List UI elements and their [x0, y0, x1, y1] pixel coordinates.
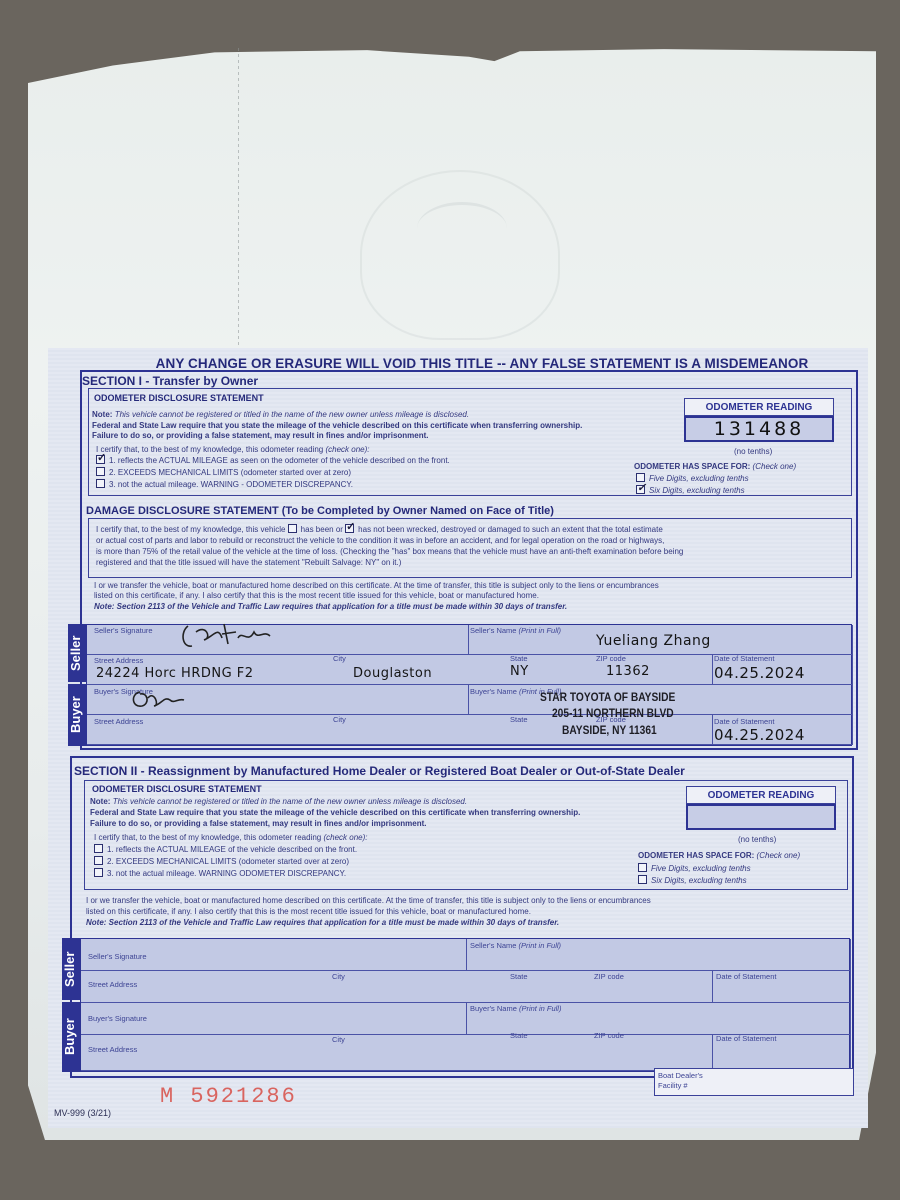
- s1-six-digits-option[interactable]: Six Digits, excluding tenths: [636, 485, 745, 495]
- s2-space-for-label: ODOMETER HAS SPACE FOR: (Check one): [638, 851, 800, 860]
- form-id: MV-999 (3/21): [54, 1108, 111, 1118]
- s2-six-digits-option[interactable]: Six Digits, excluding tenths: [638, 875, 747, 885]
- note-text: This vehicle cannot be registered or tit…: [115, 410, 469, 419]
- buyer-stamp-line-3: BAYSIDE, NY 11361: [562, 723, 657, 737]
- seller-name-value: Yueliang Zhang: [596, 633, 711, 649]
- s1-odometer-reading-input[interactable]: 131488: [684, 416, 834, 442]
- checkbox-icon[interactable]: [94, 844, 103, 853]
- s1-transfer-line-2: listed on this certificate, if any. I al…: [94, 591, 539, 600]
- seller-city-label: City: [333, 654, 346, 663]
- seller-zip-value: 11362: [606, 664, 650, 679]
- has-been-checkbox[interactable]: [288, 524, 297, 533]
- s2-buyer-address-field[interactable]: [81, 1035, 713, 1071]
- certify-text: I certify that, to the best of my knowle…: [96, 445, 370, 454]
- checkbox-icon[interactable]: [638, 875, 647, 884]
- s2-seller-band: Seller: [62, 938, 80, 1000]
- statue-of-liberty-watermark-icon: [360, 170, 560, 340]
- s2-odometer-reading-input[interactable]: [686, 804, 836, 830]
- seller-signature-scribble-icon: [178, 618, 288, 652]
- checkbox-icon[interactable]: [94, 868, 103, 877]
- seller-city-value: Douglaston: [353, 666, 432, 681]
- boat-dealer-facility-label: Boat Dealer'sFacility #: [658, 1071, 703, 1091]
- damage-line-3: is more than 75% of the retail value of …: [96, 547, 683, 556]
- s2-buyer-state-label: State: [510, 1031, 528, 1040]
- odometer-note: Note: This vehicle cannot be registered …: [92, 410, 469, 419]
- s1-odometer-option-1[interactable]: 1. reflects the ACTUAL MILEAGE as seen o…: [96, 455, 450, 465]
- s2-no-tenths-label: (no tenths): [738, 835, 776, 844]
- s2-odometer-note: Note: This vehicle cannot be registered …: [90, 797, 467, 806]
- buyer-street-label: Street Address: [94, 717, 143, 726]
- space-for-text: ODOMETER HAS SPACE FOR:: [634, 462, 750, 471]
- checkbox-icon[interactable]: [96, 467, 105, 476]
- s1-odometer-option-3[interactable]: 3. not the actual mileage. WARNING - ODO…: [96, 479, 353, 489]
- s2-odometer-option-2[interactable]: 2. EXCEEDS MECHANICAL LIMITS (odometer s…: [94, 856, 349, 866]
- space-for-label: ODOMETER HAS SPACE FOR: (Check one): [634, 462, 796, 471]
- seller-name-label: Seller's Name (Print in Full): [470, 626, 561, 635]
- buyer-city-label: City: [333, 715, 346, 724]
- s2-seller-street-label: Street Address: [88, 980, 137, 989]
- s2-buyer-date-label: Date of Statement: [716, 1034, 776, 1043]
- buyer-stamp-line-1: STAR TOYOTA OF BAYSIDE: [540, 690, 675, 704]
- s2-buyer-zip-label: ZIP code: [594, 1031, 624, 1040]
- s2-certify-text: I certify that, to the best of my knowle…: [94, 833, 368, 842]
- check-one-hint: (check one):: [325, 445, 369, 454]
- law-line-1: Federal and State Law require that you s…: [92, 421, 582, 430]
- has-not-been-checkbox[interactable]: [345, 524, 354, 533]
- seller-state-label: State: [510, 654, 528, 663]
- s1-five-digits-option[interactable]: Five Digits, excluding tenths: [636, 473, 749, 483]
- buyer-date-value: 04.25.2024: [714, 726, 805, 744]
- s2-law-line-1: Federal and State Law require that you s…: [90, 808, 580, 817]
- certify-label: I certify that, to the best of my knowle…: [96, 445, 323, 454]
- s1-transfer-line-1: I or we transfer the vehicle, boat or ma…: [94, 581, 659, 590]
- void-warning-header: ANY CHANGE OR ERASURE WILL VOID THIS TIT…: [132, 356, 832, 371]
- checkbox-icon[interactable]: [94, 856, 103, 865]
- note-label: Note:: [92, 410, 112, 419]
- buyer-signature-scribble-icon: [126, 684, 196, 714]
- s1-buyer-band: Buyer: [68, 684, 86, 746]
- s2-buyer-street-label: Street Address: [88, 1045, 137, 1054]
- s1-odometer-reading-label: ODOMETER READING: [684, 398, 834, 416]
- s2-transfer-line-1: I or we transfer the vehicle, boat or ma…: [86, 896, 651, 905]
- seller-date-label: Date of Statement: [714, 654, 774, 663]
- s2-buyer-signature-label: Buyer's Signature: [88, 1014, 147, 1023]
- seller-zip-label: ZIP code: [596, 654, 626, 663]
- seller-state-value: NY: [510, 664, 529, 679]
- odometer-disclosure-title: ODOMETER DISCLOSURE STATEMENT: [94, 393, 264, 403]
- no-tenths-label: (no tenths): [734, 447, 772, 456]
- buyer-date-label: Date of Statement: [714, 717, 774, 726]
- s2-transfer-line-2: listed on this certificate, if any. I al…: [86, 907, 531, 916]
- s2-five-digits-option[interactable]: Five Digits, excluding tenths: [638, 863, 751, 873]
- s2-odometer-reading-label: ODOMETER READING: [686, 786, 836, 804]
- checkbox-checked-icon[interactable]: [636, 485, 645, 494]
- seller-street-value: 24224 Horc HRDNG F2: [96, 666, 254, 681]
- s1-seller-band: Seller: [68, 624, 86, 682]
- s2-odometer-option-3[interactable]: 3. not the actual mileage. WARNING ODOME…: [94, 868, 346, 878]
- s2-seller-signature-label: Seller's Signature: [88, 952, 147, 961]
- s2-buyer-city-label: City: [332, 1035, 345, 1044]
- s1-transfer-note: Note: Section 2113 of the Vehicle and Tr…: [94, 602, 567, 611]
- s2-seller-date-label: Date of Statement: [716, 972, 776, 981]
- seller-street-label: Street Address: [94, 656, 143, 665]
- damage-disclosure-title: DAMAGE DISCLOSURE STATEMENT (To be Compl…: [86, 505, 554, 517]
- s2-seller-state-label: State: [510, 972, 528, 981]
- title-transfer-form: ANY CHANGE OR ERASURE WILL VOID THIS TIT…: [48, 348, 868, 1128]
- seller-signature-label: Seller's Signature: [94, 626, 153, 635]
- s1-odometer-option-2[interactable]: 2. EXCEEDS MECHANICAL LIMITS (odometer s…: [96, 467, 351, 477]
- s2-seller-city-label: City: [332, 972, 345, 981]
- checkbox-icon[interactable]: [638, 863, 647, 872]
- checkbox-icon[interactable]: [96, 479, 105, 488]
- s2-seller-name-label: Seller's Name (Print in Full): [470, 941, 561, 950]
- serial-number: M 5921286: [160, 1084, 297, 1109]
- s2-transfer-note: Note: Section 2113 of the Vehicle and Tr…: [86, 918, 559, 927]
- damage-line-4: registered and that the title issued wil…: [96, 558, 401, 567]
- seller-date-value: 04.25.2024: [714, 664, 805, 682]
- check-one-hint: (Check one): [753, 462, 797, 471]
- law-line-2: Failure to do so, or providing a false s…: [92, 431, 429, 440]
- s2-odometer-option-1[interactable]: 1. reflects the ACTUAL MILEAGE of the ve…: [94, 844, 357, 854]
- s2-seller-zip-label: ZIP code: [594, 972, 624, 981]
- damage-line-2: or actual cost of parts and labor to reb…: [96, 536, 664, 545]
- section-2-title: SECTION II - Reassignment by Manufacture…: [74, 764, 685, 778]
- s2-buyer-name-label: Buyer's Name (Print in Full): [470, 1004, 561, 1013]
- s2-buyer-band: Buyer: [62, 1002, 80, 1072]
- s2-law-line-2: Failure to do so, or providing a false s…: [90, 819, 427, 828]
- s2-party-grid: [80, 938, 850, 1072]
- damage-line-1: I certify that, to the best of my knowle…: [96, 524, 663, 534]
- buyer-stamp-line-2: 205-11 NORTHERN BLVD: [552, 706, 674, 720]
- buyer-state-label: State: [510, 715, 528, 724]
- s2-odometer-disclosure-title: ODOMETER DISCLOSURE STATEMENT: [92, 784, 262, 794]
- section-1-title: SECTION I - Transfer by Owner: [82, 374, 258, 388]
- checkbox-checked-icon[interactable]: [96, 455, 105, 464]
